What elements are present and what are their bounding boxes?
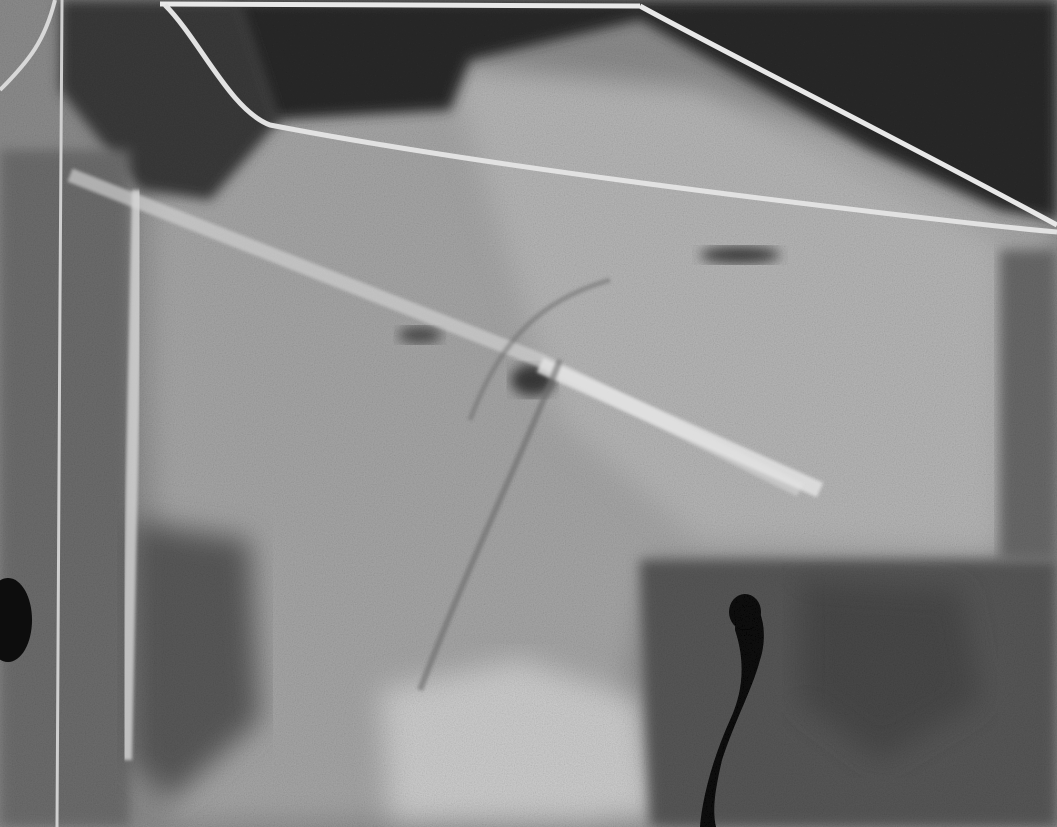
aerial-photo-drawing — [0, 0, 1057, 827]
aerial-photo — [0, 0, 1057, 827]
